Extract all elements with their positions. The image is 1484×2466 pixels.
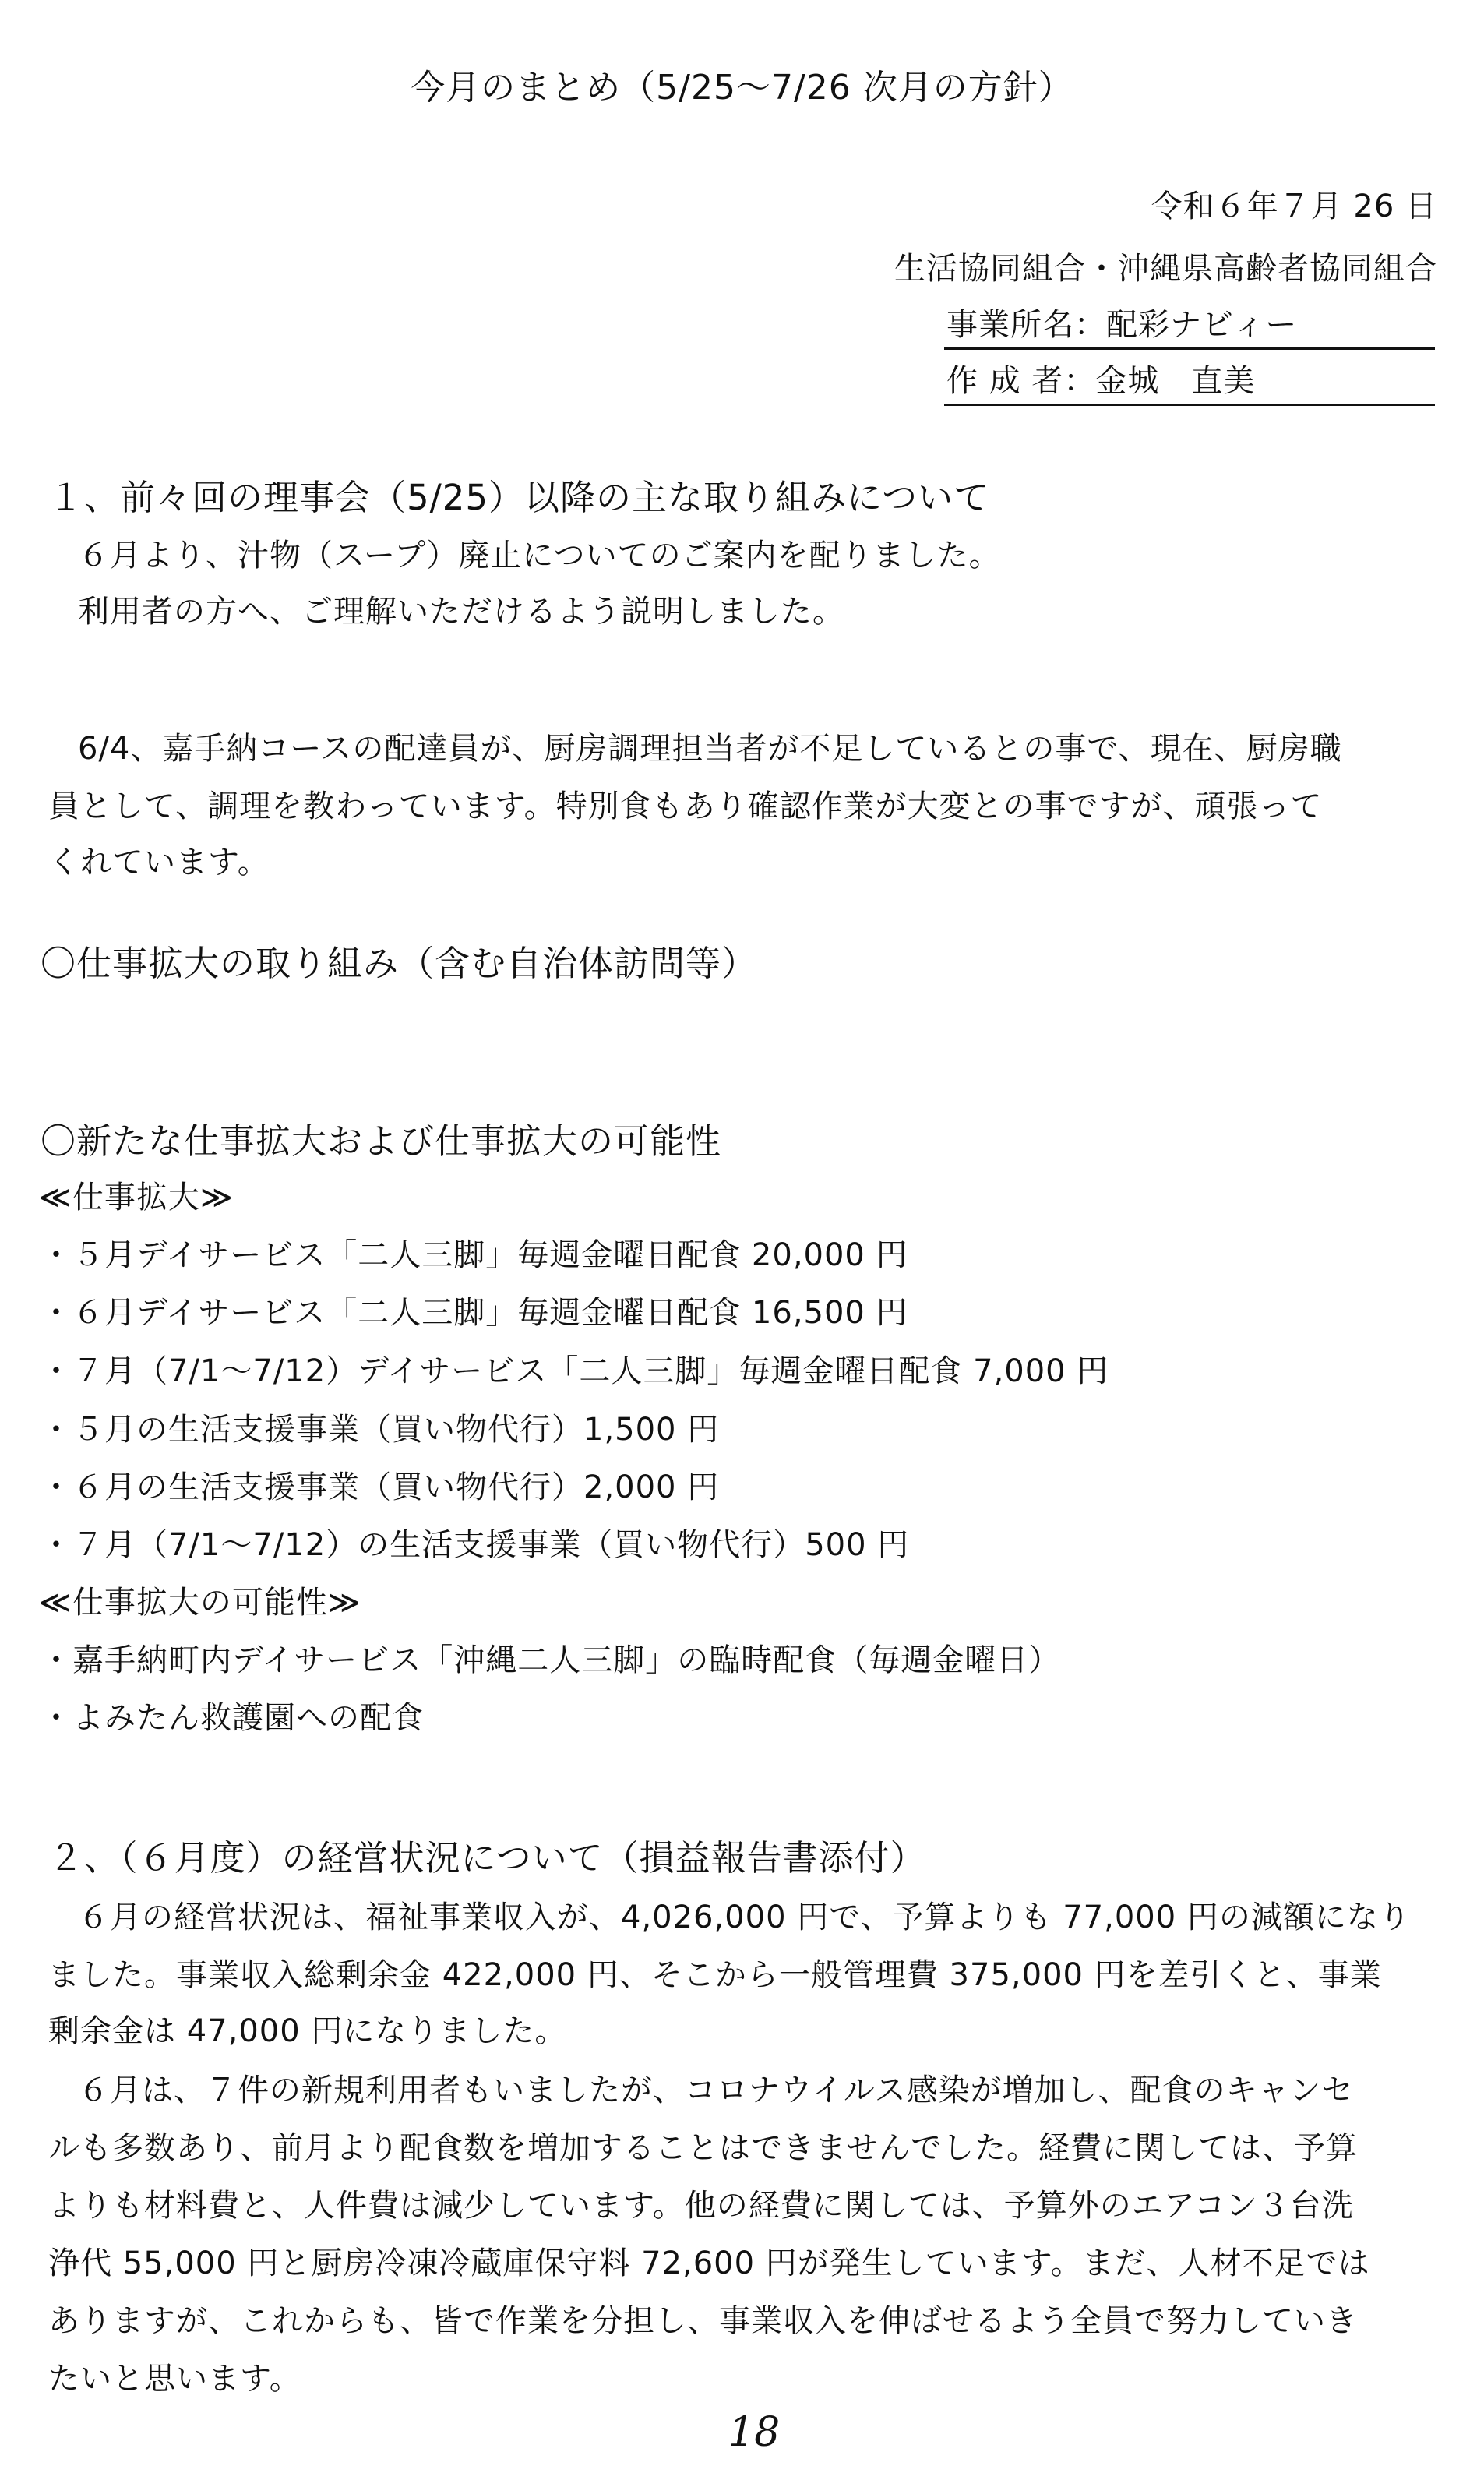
document-date: 令和６年７月 26 日 (779, 187, 1437, 226)
possibility-item: ・よみたん救護園への配食 (41, 1699, 424, 1737)
section2-para1-line: ６月の経営状況は、福祉事業収入が、4,026,000 円で、予算よりも 77,0… (78, 1898, 1411, 1937)
organization-name: 生活協同組合・沖縄県高齢者協同組合 (701, 249, 1437, 288)
expansion-item: ・６月デイサービス「二人三脚」毎週金曜日配食 16,500 円 (41, 1293, 908, 1332)
author-name: 作 成 者：金城 直美 (946, 362, 1255, 400)
possibility-label: ≪仕事拡大の可能性≫ (39, 1583, 361, 1622)
section1-heading: １、前々回の理事会（5/25）以降の主な取り組みについて (48, 478, 989, 517)
section1-para1-line: 利用者の方へ、ご理解いただけるよう説明しました。 (78, 592, 844, 631)
section2-para2-line: ルも多数あり、前月より配食数を増加することはできませんでした。経費に関しては、予… (48, 2129, 1358, 2168)
section2-para1-line: 剰余金は 47,000 円になりました。 (48, 2012, 566, 2051)
expansion-item: ・７月（7/1～7/12）の生活支援事業（買い物代行）500 円 (41, 1526, 909, 1565)
expansion-item: ・５月デイサービス「二人三脚」毎週金曜日配食 20,000 円 (41, 1236, 908, 1275)
section2-para2-line: 浄代 55,000 円と厨房冷凍冷蔵庫保守料 72,600 円が発生しています。… (48, 2244, 1370, 2283)
section1-para2-line: 員として、調理を教わっています。特別食もあり確認作業が大変との事ですが、頑張って (48, 787, 1323, 826)
section2-para2-line: ありますが、これからも、皆で作業を分担し、事業収入を伸ばせるよう全員で努力してい… (48, 2302, 1358, 2341)
handwritten-page-number: 18 (728, 2409, 780, 2456)
section2-para1-line: ました。事業収入総剰余金 422,000 円、そこから一般管理費 375,000… (48, 1956, 1382, 1995)
section2-para2-line: よりも材料費と、人件費は減少しています。他の経費に関しては、予算外のエアコン３台… (48, 2186, 1354, 2225)
possibility-item: ・嘉手納町内デイサービス「沖縄二人三脚」の臨時配食（毎週金曜日） (41, 1641, 1060, 1680)
expansion-item: ・６月の生活支援事業（買い物代行）2,000 円 (41, 1468, 719, 1507)
author-underline (944, 404, 1435, 406)
document-title: 今月のまとめ（5/25～7/26 次月の方針） (0, 69, 1484, 108)
new-expansion-heading: 〇新たな仕事拡大および仕事拡大の可能性 (41, 1122, 721, 1161)
expansion-efforts-heading: 〇仕事拡大の取り組み（含む自治体訪問等） (41, 944, 757, 983)
office-name: 事業所名：配彩ナビィー (946, 305, 1297, 344)
expansion-item: ・５月の生活支援事業（買い物代行）1,500 円 (41, 1410, 719, 1449)
expansion-item: ・７月（7/1～7/12）デイサービス「二人三脚」毎週金曜日配食 7,000 円 (41, 1352, 1109, 1391)
office-underline (944, 347, 1435, 350)
section1-para2-line: くれています。 (48, 843, 270, 882)
section2-para2-line: ６月は、７件の新規利用者もいましたが、コロナウイルス感染が増加し、配食のキャンセ (78, 2071, 1354, 2110)
section1-para2-line: 6/4、嘉手納コースの配達員が、厨房調理担当者が不足しているとの事で、現在、厨房… (78, 729, 1342, 768)
section2-para2-line: たいと思います。 (48, 2359, 301, 2398)
section1-para1-line: ６月より、汁物（スープ）廃止についてのご案内を配りました。 (78, 536, 1001, 575)
section2-heading: ２、（６月度）の経営状況について（損益報告書添付） (48, 1839, 926, 1878)
expansion-label: ≪仕事拡大≫ (39, 1178, 234, 1217)
